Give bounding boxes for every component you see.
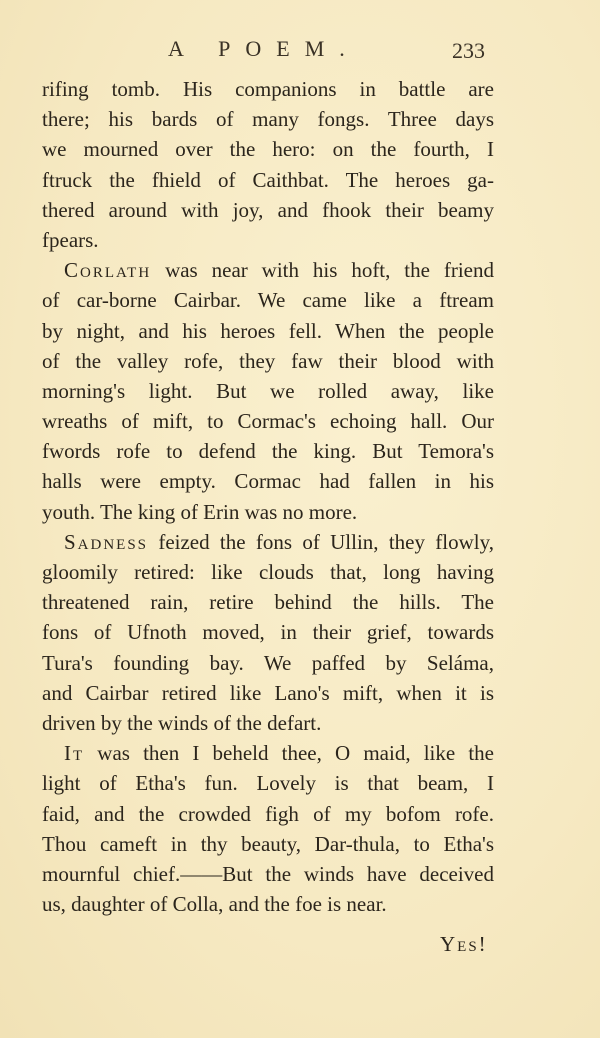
text-line: morning's light. But we rolled away, lik… bbox=[42, 376, 494, 406]
page-number: 233 bbox=[452, 38, 485, 64]
line-text: was then I beheld thee, O maid, like the bbox=[84, 741, 494, 765]
paragraph: Sadness feized the fons of Ullin, they f… bbox=[42, 527, 494, 738]
text-line: fpears. bbox=[42, 225, 494, 255]
lead-word: It bbox=[64, 741, 84, 765]
text-line: us, daughter of Colla, and the foe is ne… bbox=[42, 889, 494, 919]
text-line: Corlath was near with his hoft, the frie… bbox=[42, 255, 494, 285]
lead-word: Sadness bbox=[64, 530, 148, 554]
paragraph: It was then I beheld thee, O maid, like … bbox=[42, 738, 494, 919]
text-line: fwords rofe to defend the king. But Temo… bbox=[42, 436, 494, 466]
line-text: was near with his hoft, the friend bbox=[151, 258, 494, 282]
text-line: faid, and the crowded figh of my bofom r… bbox=[42, 799, 494, 829]
text-line: Sadness feized the fons of Ullin, they f… bbox=[42, 527, 494, 557]
book-page: A POEM. 233 rifing tomb. His companions … bbox=[0, 0, 600, 1038]
text-line: Tura's founding bay. We paffed by Seláma… bbox=[42, 648, 494, 678]
text-line: by night, and his heroes fell. When the … bbox=[42, 316, 494, 346]
text-line: It was then I beheld thee, O maid, like … bbox=[42, 738, 494, 768]
text-line: of the valley rofe, they faw their blood… bbox=[42, 346, 494, 376]
text-line: fons of Ufnoth moved, in their grief, to… bbox=[42, 617, 494, 647]
text-line: gloomily retired: like clouds that, long… bbox=[42, 557, 494, 587]
catchword: Yes! bbox=[440, 932, 488, 957]
text-line: ftruck the fhield of Caithbat. The heroe… bbox=[42, 165, 494, 195]
line-text: feized the fons of Ullin, they flowly, bbox=[148, 530, 494, 554]
body-text: rifing tomb. His companions in battle ar… bbox=[42, 74, 494, 919]
lead-word: Corlath bbox=[64, 258, 151, 282]
text-line: halls were empty. Cormac had fallen in h… bbox=[42, 466, 494, 496]
paragraph: rifing tomb. His companions in battle ar… bbox=[42, 74, 494, 255]
text-line: threatened rain, retire behind the hills… bbox=[42, 587, 494, 617]
text-line: thered around with joy, and fhook their … bbox=[42, 195, 494, 225]
paragraph: Corlath was near with his hoft, the frie… bbox=[42, 255, 494, 527]
text-line: light of Etha's fun. Lovely is that beam… bbox=[42, 768, 494, 798]
text-line: rifing tomb. His companions in battle ar… bbox=[42, 74, 494, 104]
text-line: driven by the winds of the defart. bbox=[42, 708, 494, 738]
text-line: we mourned over the hero: on the fourth,… bbox=[42, 134, 494, 164]
text-line: Thou cameft in thy beauty, Dar-thula, to… bbox=[42, 829, 494, 859]
text-line: wreaths of mift, to Cormac's echoing hal… bbox=[42, 406, 494, 436]
running-head: A POEM. 233 bbox=[0, 36, 600, 66]
running-title: A POEM. bbox=[168, 36, 360, 62]
text-line: there; his bards of many fongs. Three da… bbox=[42, 104, 494, 134]
text-line: mournful chief.——But the winds have dece… bbox=[42, 859, 494, 889]
text-line: youth. The king of Erin was no more. bbox=[42, 497, 494, 527]
text-line: and Cairbar retired like Lano's mift, wh… bbox=[42, 678, 494, 708]
text-line: of car-borne Cairbar. We came like a ftr… bbox=[42, 285, 494, 315]
